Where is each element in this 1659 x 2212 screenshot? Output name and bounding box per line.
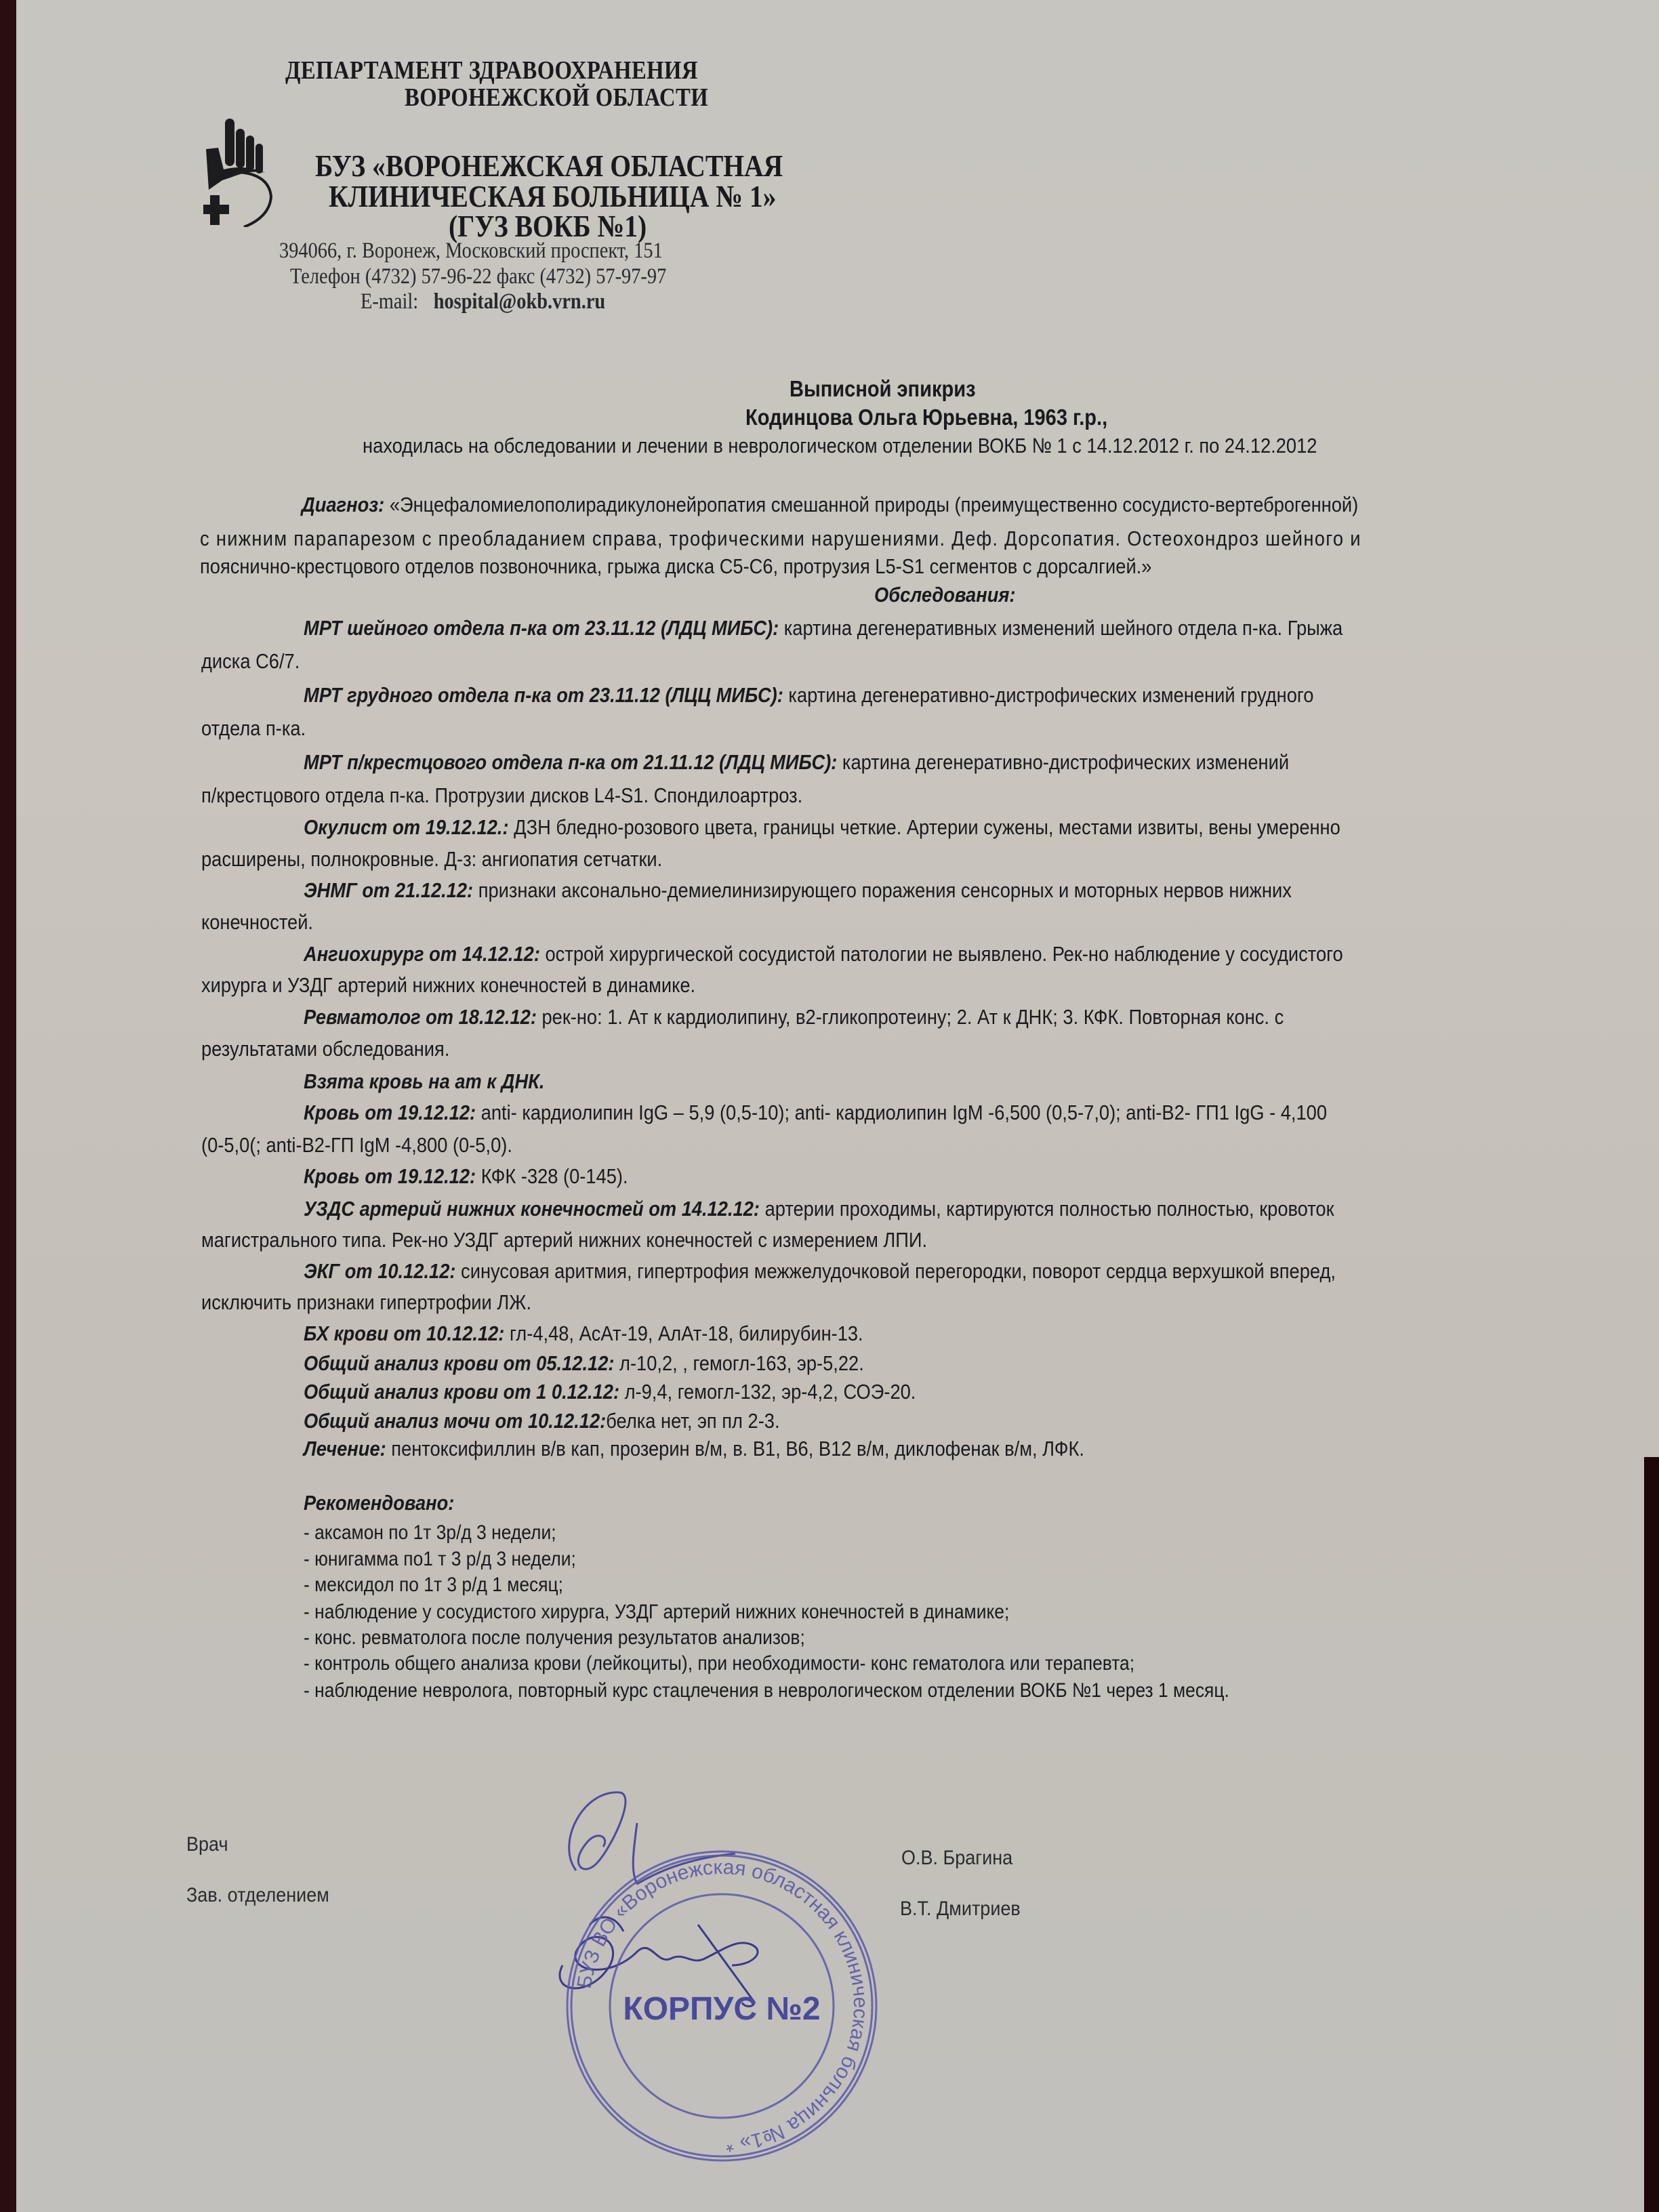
exam-label: Взята кровь на ат к ДНК. [304, 1069, 544, 1093]
exam-entry: МРТ грудного отдела п-ка от 23.11.12 (ЛЦ… [304, 683, 1313, 708]
recommendation-item: - юнигамма по1 т 3 р/д 3 недели; [304, 1548, 576, 1571]
department-name-line2: ВОРОНЕЖСКОЙ ОБЛАСТИ [405, 83, 708, 112]
exam-entry: МРТ шейного отдела п-ка от 23.11.12 (ЛДЦ… [304, 616, 1343, 640]
doctor-name: О.В. Брагина [901, 1847, 1012, 1870]
exam-text: картина дегенеративно-дистрофических изм… [783, 683, 1314, 707]
exams-heading: Обследования: [874, 583, 1016, 607]
exam-label: Ангиохирург от 14.12.12: [304, 942, 540, 966]
exam-text: КФК -328 (0-145). [476, 1164, 628, 1188]
exam-label: Ревматолог от 18.12.12: [304, 1005, 537, 1029]
exam-text-continued: отдела п-ка. [201, 716, 306, 741]
exam-label: ЭНМГ от 21.12.12: [304, 878, 473, 902]
exam-text-continued: конечностей. [201, 910, 313, 935]
recommendations-heading: Рекомендовано: [304, 1491, 454, 1515]
exam-label: Общий анализ крови от 05.12.12: [304, 1351, 614, 1375]
org-email: E-mail: hospital@okb.vrn.ru [361, 289, 605, 314]
exam-text: пентоксифиллин в/в кап, прозерин в/м, в.… [386, 1437, 1084, 1460]
exam-label: Лечение: [304, 1437, 386, 1460]
org-address: 394066, г. Воронеж, Московский проспект,… [279, 239, 663, 264]
recommendation-item: - наблюдение у сосудистого хирурга, УЗДГ… [304, 1601, 1009, 1624]
exam-text: л-9,4, гемогл-132, эр-4,2, СОЭ-20. [619, 1380, 916, 1404]
exam-label: Кровь от 19.12.12: [304, 1164, 476, 1188]
hospital-stay: находилась на обследовании и лечении в н… [363, 434, 1317, 458]
exam-label: БХ крови от 10.12.12: [304, 1322, 504, 1345]
exam-entry: Общий анализ крови от 1 0.12.12: л-9,4, … [304, 1380, 916, 1404]
exam-text: картина дегенеративно-дистрофических изм… [837, 750, 1289, 774]
exam-entry: Общий анализ крови от 05.12.12: л-10,2, … [304, 1351, 864, 1376]
exam-entry: Общий анализ мочи от 10.12.12:белка нет,… [304, 1409, 780, 1433]
exam-entry: Окулист от 19.12.12.: ДЗН бледно-розовог… [304, 815, 1340, 840]
head-name: В.Т. Дмитриев [900, 1898, 1021, 1921]
exam-text: синусовая аритмия, гипертрофия межжелудо… [455, 1259, 1335, 1283]
recommendation-item: - конс. ревматолога после получения резу… [304, 1626, 805, 1650]
recommendation-item: - мексидол по 1т 3 р/д 1 месяц; [304, 1574, 563, 1597]
exam-entry: Кровь от 19.12.12: КФК -328 (0-145). [304, 1164, 628, 1189]
exam-text: рек-но: 1. Ат к кардиолипину, в2-гликопр… [537, 1005, 1284, 1029]
email-link[interactable]: hospital@okb.vrn.ru [434, 289, 606, 314]
recommendation-item: - контроль общего анализа крови (лейкоци… [304, 1652, 1134, 1675]
exam-label: МРТ п/крестцового отдела п-ка от 21.11.1… [304, 750, 837, 774]
exam-text: ДЗН бледно-розового цвета, границы четки… [509, 815, 1340, 839]
exam-text-continued: расширены, полнокровные. Д-з: ангиопатия… [201, 847, 662, 872]
patient-name: Кодинцова Ольга Юрьевна, 1963 г.р., [745, 405, 1107, 430]
exam-label: МРТ грудного отдела п-ка от 23.11.12 (ЛЦ… [304, 683, 783, 707]
exam-entry: Ангиохирург от 14.12.12: острой хирургич… [304, 942, 1343, 966]
exam-text: картина дегенеративных изменений шейного… [779, 616, 1343, 640]
org-phone-fax: Телефон (4732) 57-96-22 факс (4732) 57-9… [290, 264, 666, 289]
stamp-center-text: КОРПУС №2 [623, 1991, 820, 2027]
background-edge [1644, 1457, 1659, 2212]
exam-label: Общий анализ мочи от 10.12.12: [304, 1409, 606, 1433]
head-role: Зав. отделением [186, 1884, 329, 1907]
exam-label: Общий анализ крови от 1 0.12.12: [304, 1380, 619, 1404]
exam-text-continued: магистрального типа. Рек-но УЗДГ артерий… [201, 1228, 927, 1252]
official-stamp: БУЗ ВО «Воронежская областная клиническа… [559, 1843, 884, 2169]
diagnosis-line3: пояснично-крестцового отделов позвоночни… [200, 554, 1151, 579]
diagnosis-label: Диагноз: [302, 493, 384, 516]
exam-label: Кровь от 19.12.12: [304, 1101, 476, 1124]
exam-text-continued: (0-5,0(; anti-B2-ГП IgM -4,800 (0-5,0). [201, 1133, 512, 1158]
exam-text-continued: хирурга и УЗДГ артерий нижних конечносте… [201, 973, 695, 998]
document-title: Выписной эпикриз [790, 376, 976, 402]
exam-entry: Кровь от 19.12.12: anti- кардиолипин IgG… [304, 1101, 1327, 1125]
exam-text: белка нет, эп пл 2-3. [606, 1409, 779, 1433]
exam-entry: Лечение: пентоксифиллин в/в кап, прозери… [304, 1437, 1084, 1461]
exam-entry: ЭКГ от 10.12.12: синусовая аритмия, гипе… [304, 1259, 1336, 1284]
exam-label: УЗДС артерий нижних конечностей от 14.12… [304, 1197, 760, 1221]
exam-entry: Взята кровь на ат к ДНК. [304, 1069, 544, 1094]
exam-text-continued: исключить признаки гипертрофии ЛЖ. [201, 1290, 531, 1315]
exam-text-continued: результатами обследования. [201, 1037, 449, 1061]
exam-text-continued: п/крестцового отдела п-ка. Протрузии дис… [201, 783, 802, 808]
hand-with-cross-logo-icon [203, 115, 278, 227]
diagnosis-line1: Диагноз: «Энцефаломиелополирадикулонейро… [302, 493, 1358, 517]
exam-entry: УЗДС артерий нижних конечностей от 14.12… [304, 1197, 1334, 1221]
exam-text: anti- кардиолипин IgG – 5,9 (0,5-10); an… [476, 1101, 1327, 1124]
exam-label: МРТ шейного отдела п-ка от 23.11.12 (ЛДЦ… [304, 616, 779, 640]
exam-text: острой хирургической сосудистой патологи… [540, 942, 1343, 966]
exam-text-continued: диска С6/7. [201, 649, 300, 674]
exam-entry: БХ крови от 10.12.12: гл-4,48, АсАт-19, … [304, 1322, 863, 1346]
exam-text: артерии проходимы, картируются полностью… [760, 1197, 1334, 1221]
exam-label: Окулист от 19.12.12.: [304, 815, 509, 839]
doctor-role: Врач [186, 1833, 228, 1856]
exam-entry: Ревматолог от 18.12.12: рек-но: 1. Ат к … [304, 1005, 1284, 1029]
email-label: E-mail: [361, 289, 418, 314]
exam-text: гл-4,48, АсАт-19, АлАт-18, билирубин-13. [504, 1322, 863, 1345]
exam-text: л-10,2, , гемогл-163, эр-5,22. [614, 1351, 863, 1375]
recommendation-item: - наблюдение невролога, повторный курс с… [304, 1679, 1229, 1702]
exam-label: ЭКГ от 10.12.12: [304, 1259, 455, 1283]
department-name-line1: ДЕПАРТАМЕНТ ЗДРАВООХРАНЕНИЯ [285, 56, 698, 85]
exam-entry: МРТ п/крестцового отдела п-ка от 21.11.1… [304, 750, 1289, 775]
recommendation-item: - аксамон по 1т 3р/д 3 недели; [304, 1521, 556, 1544]
exam-entry: ЭНМГ от 21.12.12: признаки аксонально-де… [304, 878, 1292, 903]
exam-text: признаки аксонально-демиелинизирующего п… [473, 878, 1292, 902]
diagnosis-line2: с нижним парапарезом с преобладанием спр… [200, 527, 1361, 551]
